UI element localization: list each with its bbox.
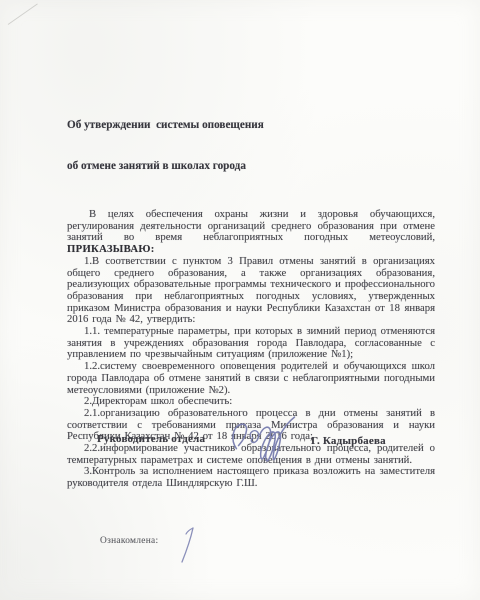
acknowledgement-signature-mark (174, 524, 200, 566)
acknowledgement-label: Ознакомлена: (100, 536, 158, 546)
paragraph-1-1: 1.1. температурные параметры, при которы… (67, 326, 435, 361)
document-title-line-2: об отмене занятий в школах города (67, 160, 435, 174)
document-title-line-1: Об утверждении системы оповещения (67, 119, 435, 133)
signature-block: Руководитель отдела Г. Кадырбаева (67, 428, 447, 490)
scanned-document-page: Об утверждении системы оповещения об отм… (0, 0, 480, 600)
paragraph-1: 1.В соответствии с пунктом 3 Правил отме… (67, 256, 435, 326)
scan-artifact-line (8, 3, 38, 24)
handwritten-signature-mark (225, 412, 309, 468)
acknowledgement-block: Ознакомлена: (100, 533, 300, 573)
signoff-role-label: Руководитель отдела (97, 433, 205, 445)
intro-paragraph: В целях обеспечения охраны жизни и здоро… (67, 209, 435, 244)
document-title: Об утверждении системы оповещения об отм… (67, 92, 435, 200)
paragraph-1-2: 1.2.систему своевременного оповещения ро… (67, 361, 435, 396)
signoff-name: Г. Кадырбаева (311, 435, 386, 447)
